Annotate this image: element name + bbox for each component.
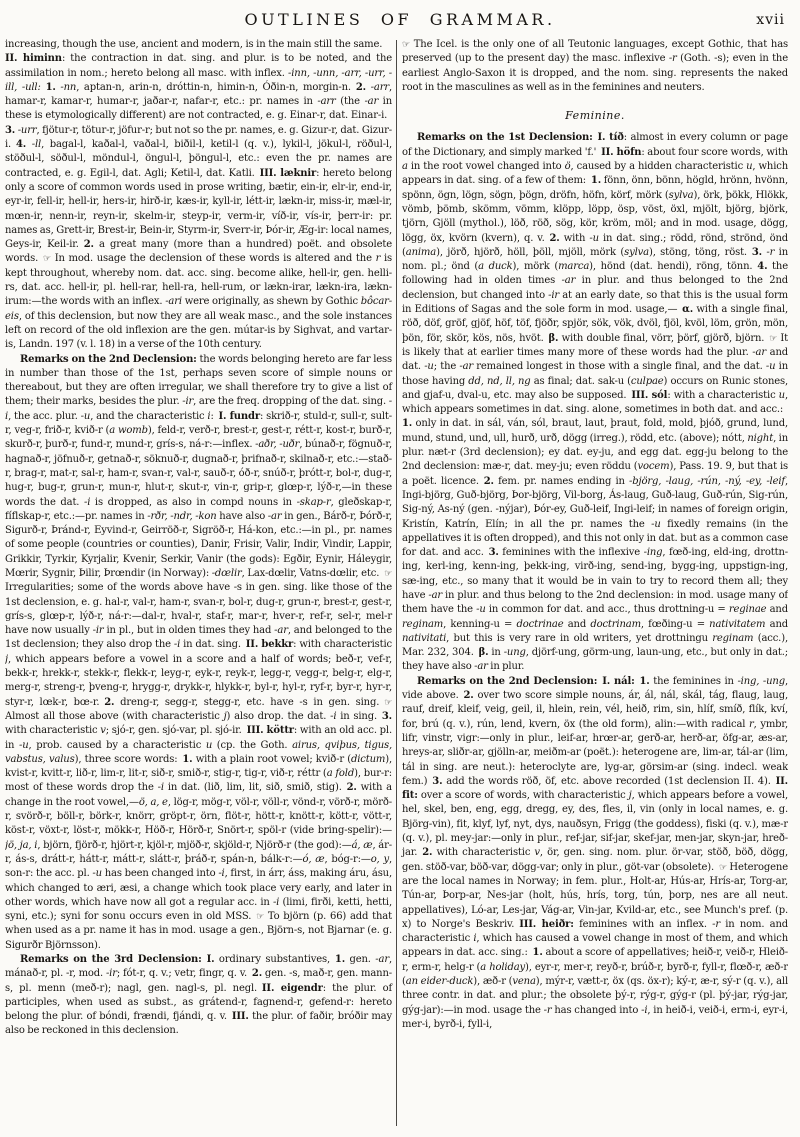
page-number: xvii [756,12,785,28]
paragraph: ☞ The Icel. is the only one of all Teuto… [402,38,788,95]
paragraph: Remarks on the 2nd Declension: I. nál: 1… [402,675,788,1032]
text-columns: increasing, though the use, ancient and … [5,38,795,1126]
section-heading: Feminine. [402,109,788,123]
paragraph: Remarks on the 2nd Declension: the words… [5,353,392,953]
page-title: OUTLINES OF GRAMMAR. [5,10,795,29]
right-column: ☞ The Icel. is the only one of all Teuto… [397,38,788,1126]
book-page: OUTLINES OF GRAMMAR. xvii increasing, th… [0,0,800,1137]
paragraph: increasing, though the use, ancient and … [5,38,392,353]
left-column: increasing, though the use, ancient and … [5,38,396,1126]
paragraph: Remarks on the 3rd Declension: I. ordina… [5,953,392,1039]
page-header: OUTLINES OF GRAMMAR. xvii [5,8,795,38]
paragraph: Remarks on the 1st Declension: I. tíð: a… [402,131,788,674]
